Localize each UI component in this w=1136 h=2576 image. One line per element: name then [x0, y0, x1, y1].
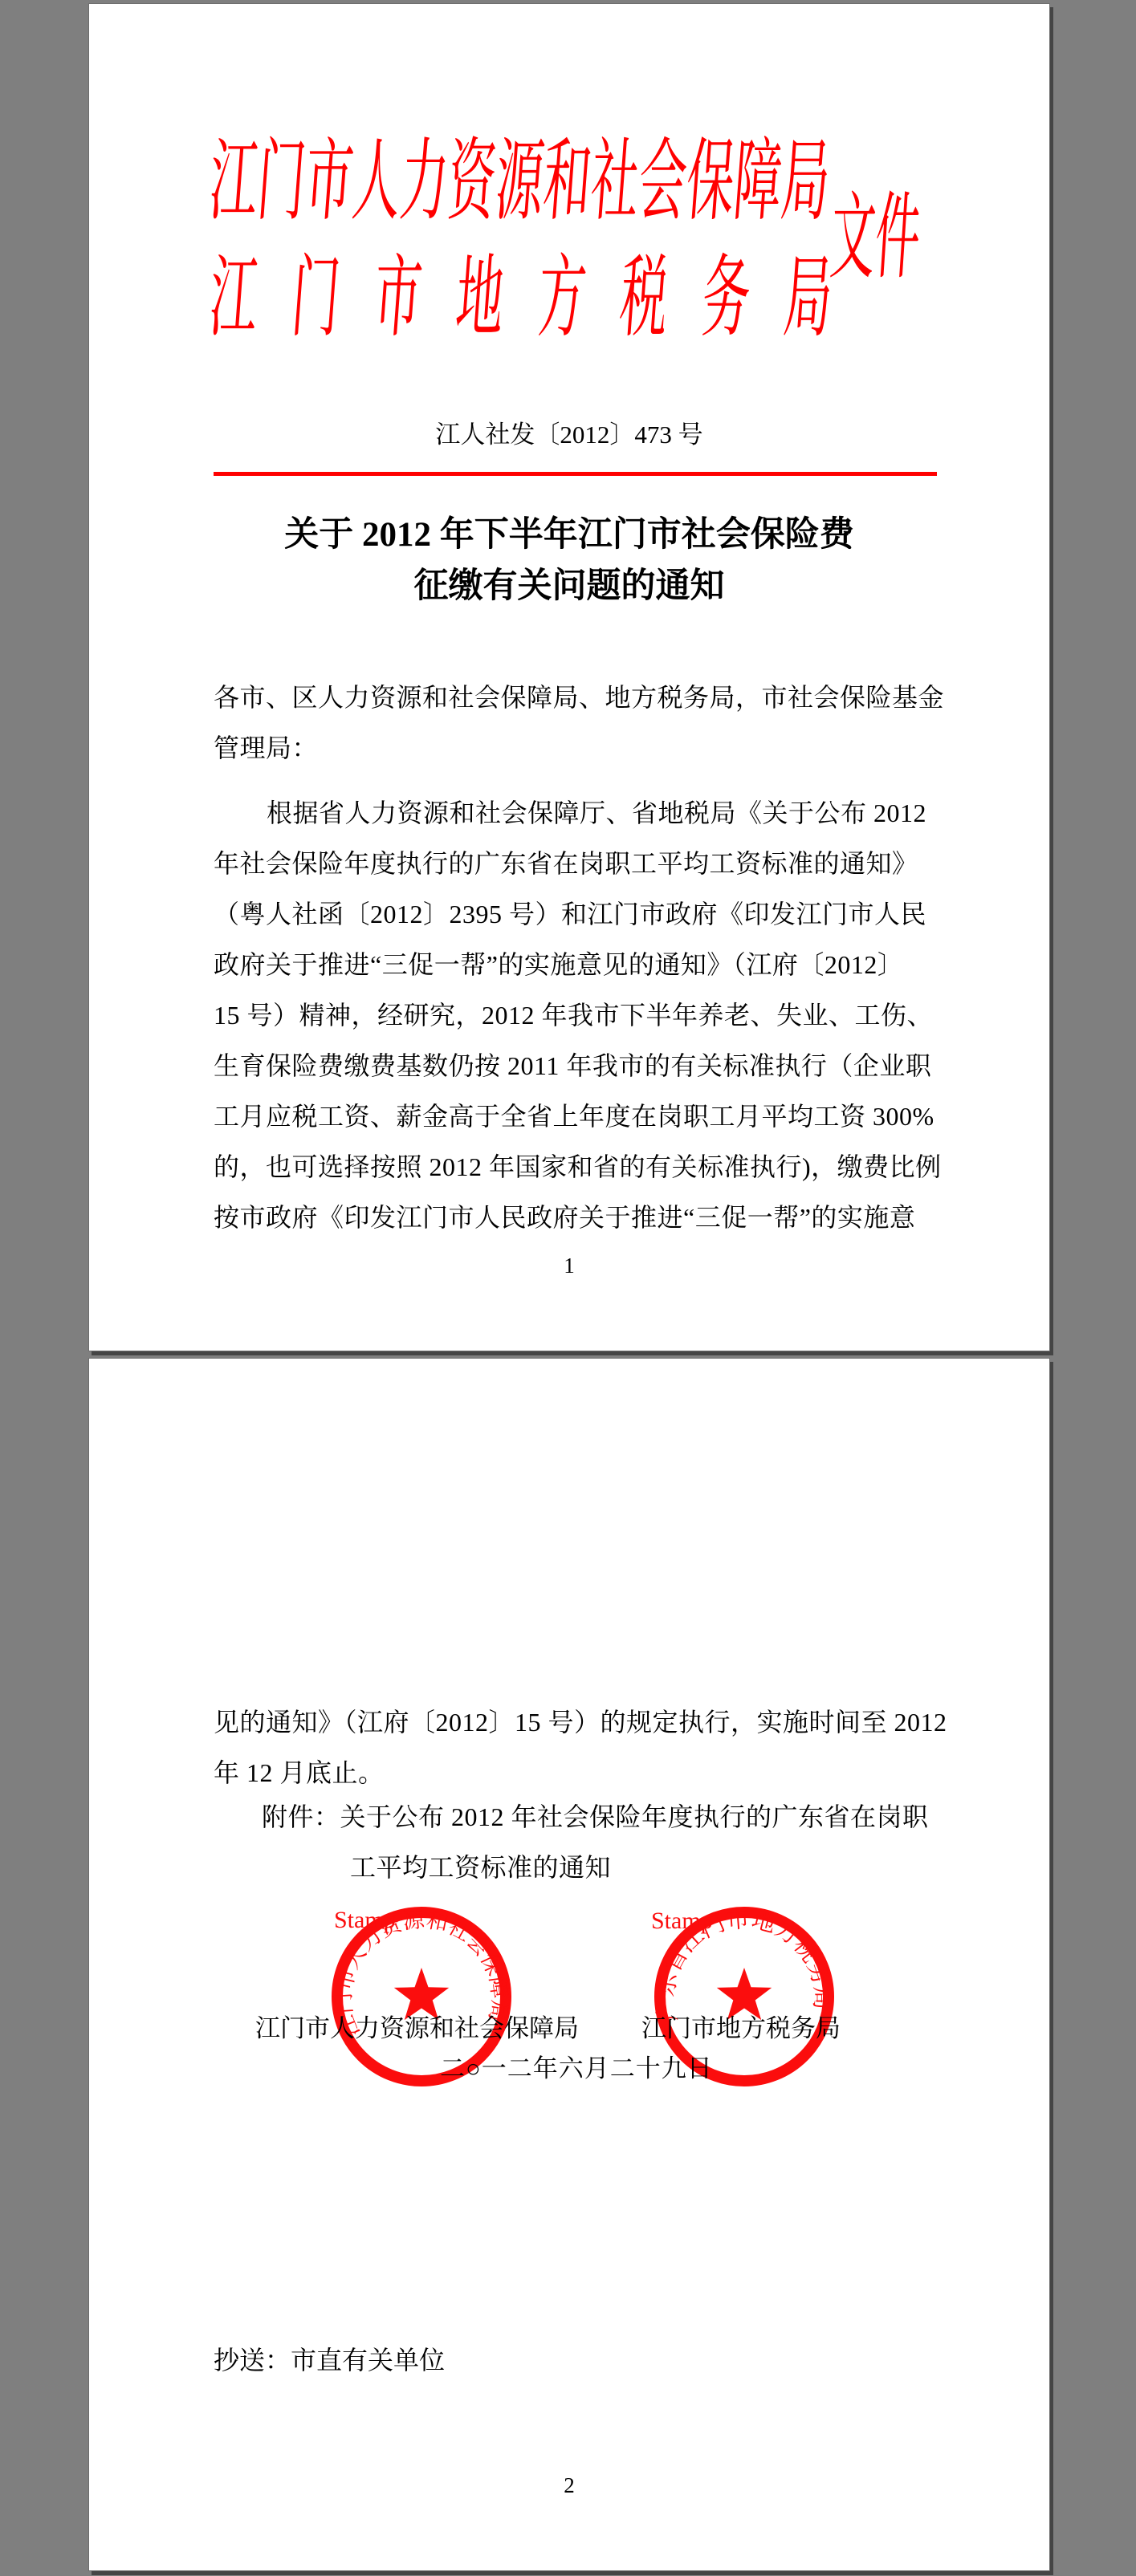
document-number: 江人社发〔2012〕473 号	[89, 419, 1049, 451]
signature-org-right: 江门市地方税务局	[641, 2013, 841, 2045]
stamp-watermark-text: Stamp	[334, 1907, 396, 1934]
body-line: 工月应税工资、薪金高于全省上年度在岗职工月平均工资 300%	[214, 1091, 941, 1142]
cc-recipients-line: 抄送：市直有关单位	[214, 2343, 445, 2377]
salutation-paragraph: 各市、区人力资源和社会保障局、地方税务局，市社会保险基金 管理局：	[214, 672, 941, 774]
signature-org-left: 江门市人力资源和社会保障局	[255, 2013, 579, 2045]
body-line: 年社会保险年度执行的广东省在岗职工平均工资标准的通知》	[214, 839, 941, 889]
body-line: 见的通知》（江府〔2012〕15 号）的规定执行，实施时间至 2012	[214, 1697, 941, 1748]
letterhead-org-line2: 江门市地方税务局	[206, 251, 870, 346]
body-line: 政府关于推进“三促一帮”的实施意见的通知》（江府〔2012〕	[214, 940, 941, 990]
body-line: （粤人社函〔2012〕2395 号）和江门市政府《印发江门市人民	[214, 889, 941, 940]
body-line: 的，也可选择按照 2012 年国家和省的有关标准执行)，缴费比例	[214, 1142, 941, 1193]
main-paragraph: 根据省人力资源和社会保障厅、省地税局《关于公布 2012 年社会保险年度执行的广…	[214, 788, 941, 1243]
letterhead-org-line1: 江门市人力资源和社会保障局	[206, 135, 833, 230]
document-page-2: 见的通知》（江府〔2012〕15 号）的规定执行，实施时间至 2012 年 12…	[88, 1358, 1050, 2571]
attachment-line: 工平均工资标准的通知	[350, 1843, 941, 1893]
body-line: 按市政府《印发江门市人民政府关于推进“三促一帮”的实施意	[214, 1193, 941, 1243]
body-line: 根据省人力资源和社会保障厅、省地税局《关于公布 2012	[214, 788, 941, 839]
signature-date: 二○一二年六月二十九日	[440, 2053, 713, 2085]
body-line: 管理局：	[214, 723, 941, 774]
document-page-1: 江门市人力资源和社会保障局 江门市地方税务局 文件 江人社发〔2012〕473 …	[88, 3, 1050, 1351]
body-line: 各市、区人力资源和社会保障局、地方税务局，市社会保险基金	[214, 672, 941, 723]
attachment-line: 附件：关于公布 2012 年社会保险年度执行的广东省在岗职	[214, 1792, 941, 1843]
document-title-line1: 关于 2012 年下半年江门市社会保险费	[89, 510, 1049, 561]
attachment-reference: 附件：关于公布 2012 年社会保险年度执行的广东省在岗职 工平均工资标准的通知	[214, 1792, 941, 1893]
page-number-2: 2	[89, 2472, 1049, 2498]
letterhead-red-rule	[214, 472, 937, 476]
main-paragraph-continued: 见的通知》（江府〔2012〕15 号）的规定执行，实施时间至 2012 年 12…	[214, 1697, 941, 1798]
letterhead-wenjian-suffix: 文件	[828, 189, 923, 288]
body-line: 年 12 月底止。	[214, 1748, 941, 1798]
body-line: 生育保险费缴费基数仍按 2011 年我市的有关标准执行（企业职	[214, 1041, 941, 1091]
document-title-line2: 征缴有关问题的通知	[89, 561, 1049, 612]
page-number-1: 1	[89, 1253, 1049, 1278]
body-line: 15 号）精神，经研究，2012 年我市下半年养老、失业、工伤、	[214, 990, 941, 1041]
stamp-watermark-text: Stamp	[651, 1908, 713, 1935]
